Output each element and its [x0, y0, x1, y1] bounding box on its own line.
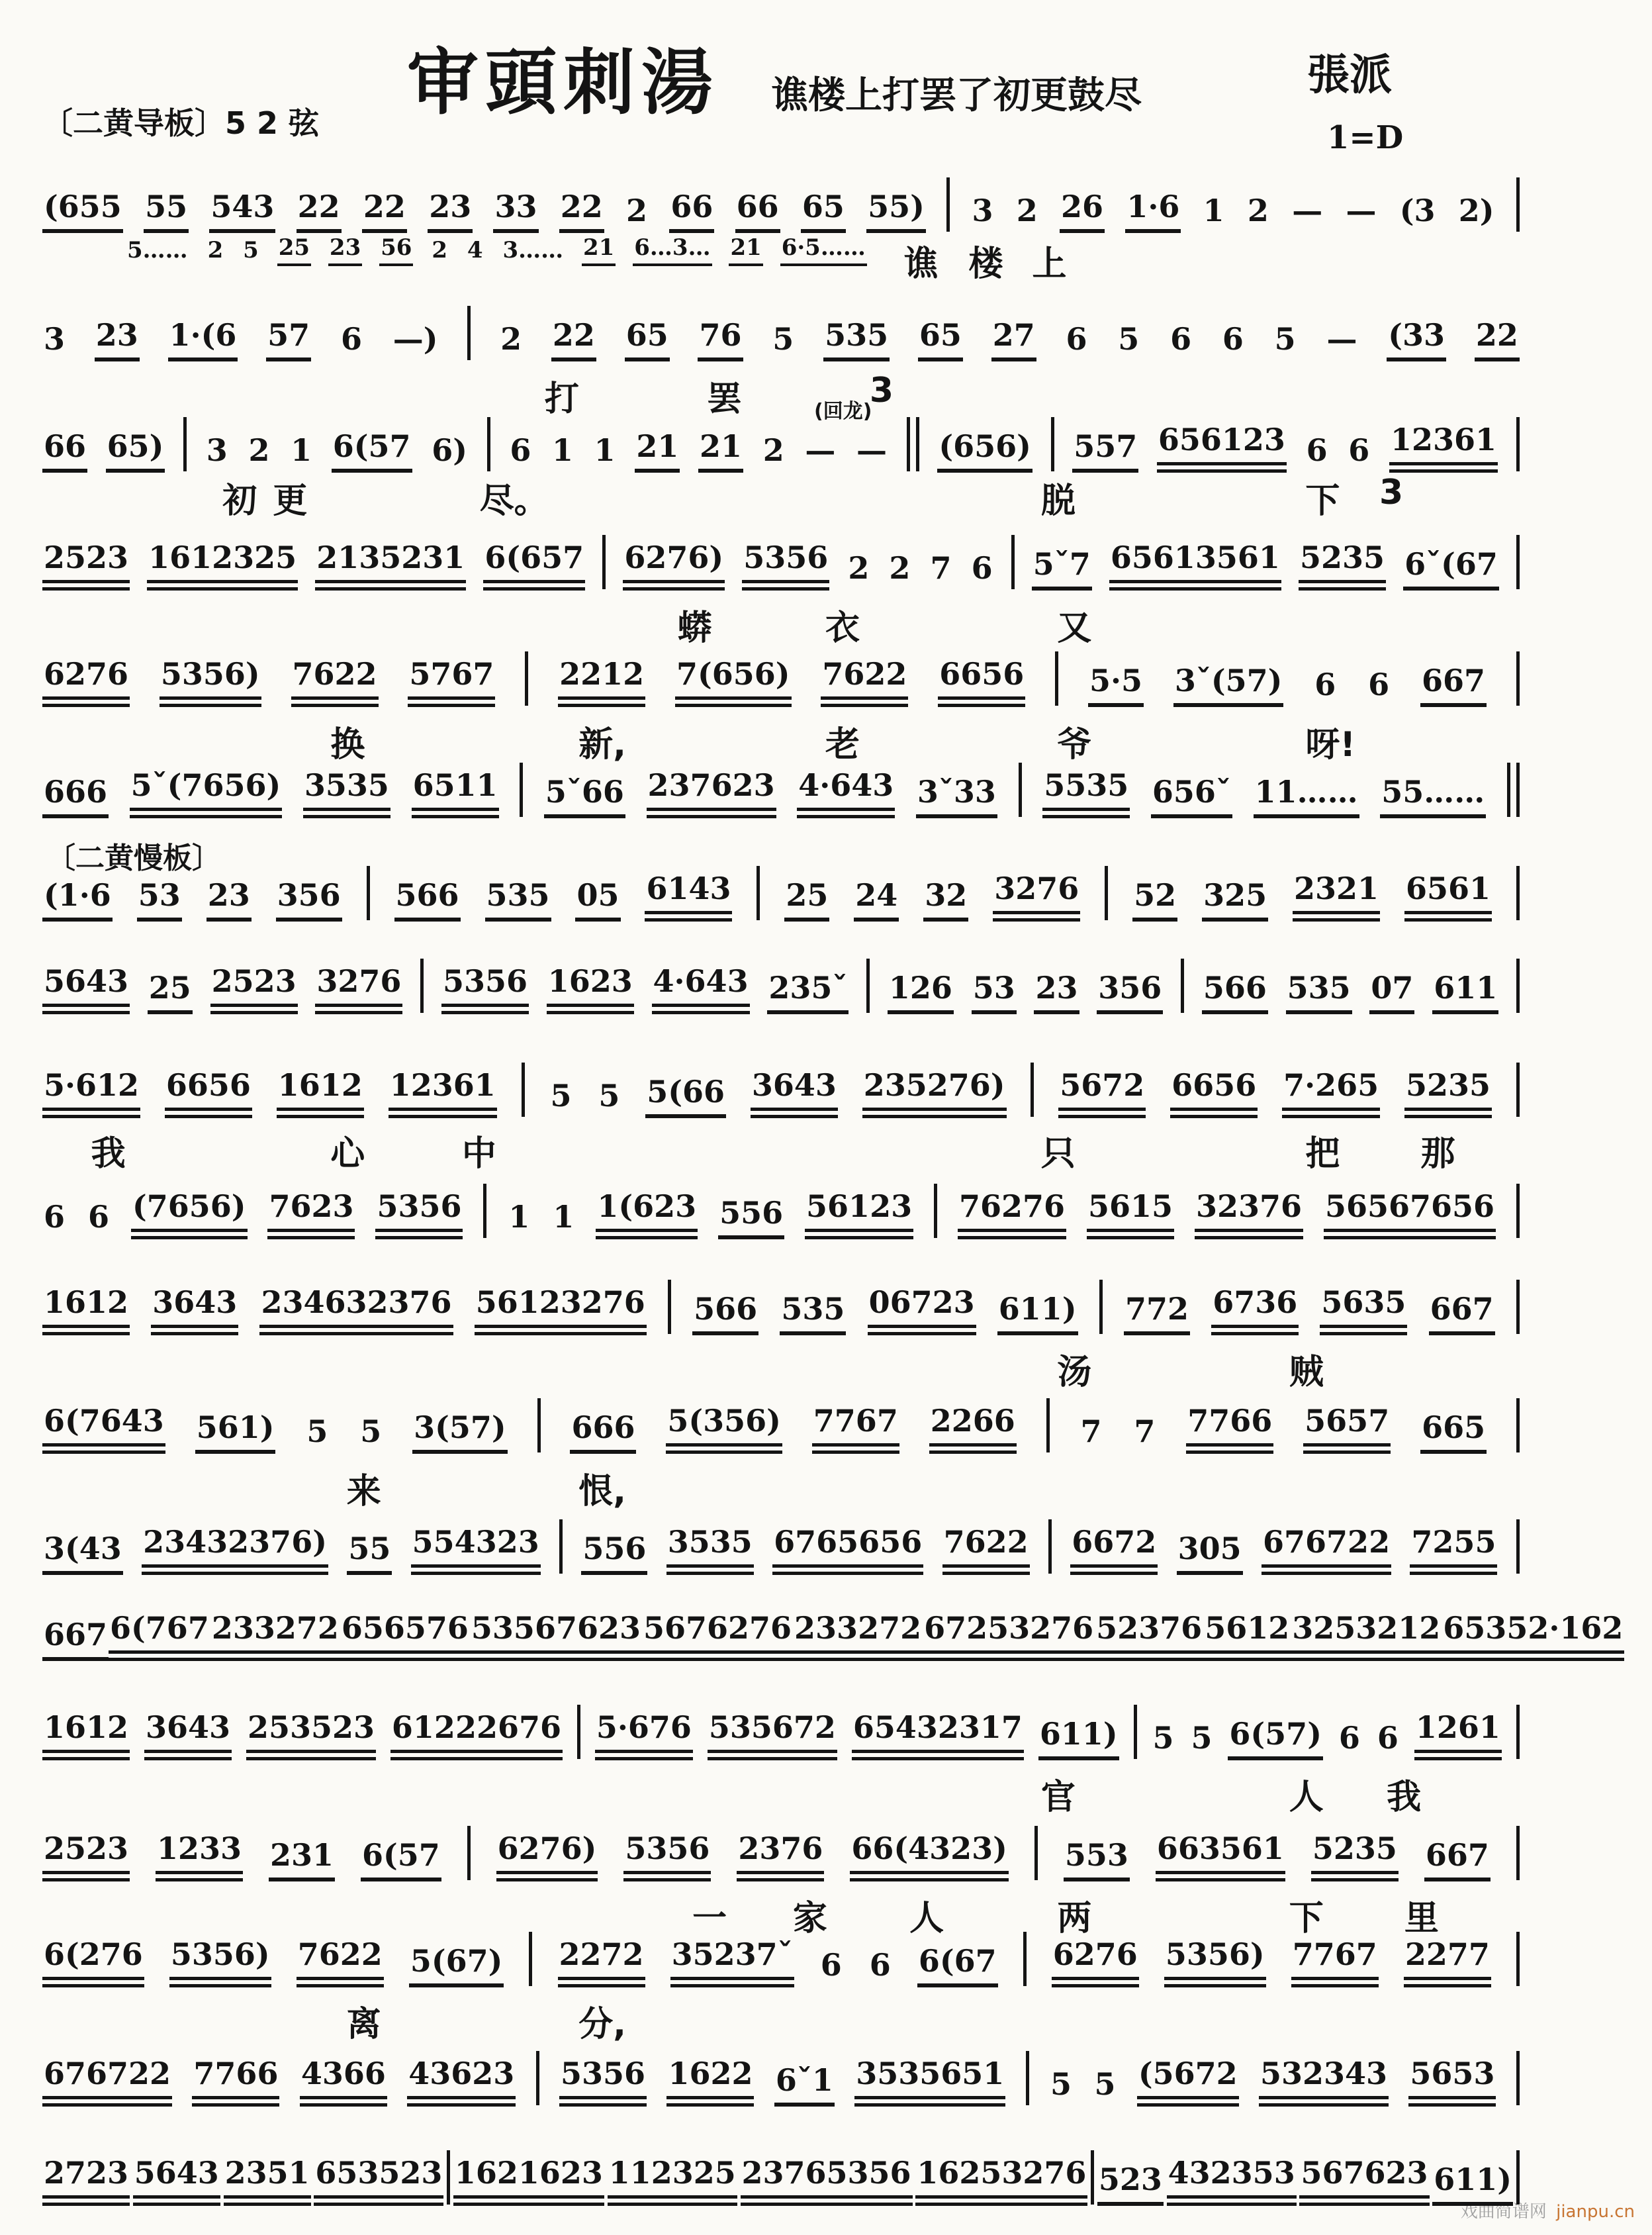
- note-group: 25: [784, 879, 829, 922]
- barline: [367, 866, 370, 920]
- lyric-char: 上: [1032, 236, 1066, 285]
- note-group: 5: [1273, 322, 1297, 361]
- notation-line: 66(7656)76235356111(62355656123762765615…: [42, 1184, 1520, 1239]
- note-group: 3643: [751, 1069, 838, 1118]
- lyric-char: 汤: [1057, 1344, 1091, 1394]
- note-group: 6276: [1052, 1938, 1139, 1987]
- note-group: 231: [269, 1838, 335, 1881]
- note-group: 611: [1432, 971, 1498, 1014]
- note-group: 5·676: [595, 1711, 693, 1760]
- lyric-char: 来: [347, 1463, 381, 1513]
- lyric-char: 贼: [1289, 1344, 1324, 1394]
- notation-line: 6(2765356)76225(67)227235237ˇ666(6762765…: [42, 1932, 1520, 1987]
- barline: [934, 1184, 937, 1238]
- note-group: 23: [206, 879, 252, 922]
- notation-line: 56432525233276535616234·643235ˇ126532335…: [42, 959, 1520, 1014]
- lyric-char: 中: [462, 1125, 496, 1175]
- note-group: 16253276: [915, 2156, 1087, 2206]
- barline: [1516, 1184, 1520, 1238]
- note-group: 2212: [558, 657, 645, 707]
- lyric-char: 谯: [903, 236, 938, 285]
- lyrics-line: 我心中只把那: [42, 1125, 1520, 1172]
- note-group: 6: [1064, 322, 1088, 361]
- note-group: 65: [918, 318, 963, 361]
- key-signature: 1=D: [1327, 119, 1403, 156]
- note-group: 2272: [558, 1938, 645, 1987]
- note-group: 2723: [42, 2156, 130, 2206]
- note-group: 556: [581, 1532, 647, 1575]
- note-group: 5·5: [1088, 664, 1144, 707]
- note-group: 4·643: [652, 965, 750, 1014]
- note-group: 5676276: [642, 1611, 793, 1661]
- note-group: 5(66: [645, 1075, 726, 1118]
- note-group: 666: [42, 775, 109, 818]
- note-group: —): [392, 322, 439, 361]
- note-group: 21: [698, 430, 743, 473]
- barline: [1516, 866, 1520, 920]
- note-group: 65): [106, 430, 165, 473]
- note-group: 67253276: [923, 1611, 1095, 1661]
- lyric-char: 爷: [1057, 716, 1091, 766]
- note-group: 566: [394, 879, 461, 922]
- note-group: 6276): [496, 1832, 598, 1881]
- note-group: 23: [428, 190, 473, 233]
- note-group: 55……: [1380, 775, 1486, 818]
- note-group: 2135231: [315, 541, 466, 591]
- note-group: 6: [1313, 668, 1337, 707]
- lyric-char: 蟒: [678, 600, 712, 649]
- notation-line: (655555432222233322266666555)32261·612——…: [42, 177, 1520, 233]
- barline: [537, 1398, 541, 1452]
- notation-line: 6767227766436643623535616226ˇ1353565155(…: [42, 2051, 1520, 2107]
- note-group: 554323: [411, 1525, 541, 1575]
- note-group: 676722: [42, 2057, 172, 2107]
- notation-line: 16123643253523612226765·6765356726543231…: [42, 1705, 1520, 1760]
- note-group: 7622: [297, 1938, 384, 1987]
- barline: [1516, 535, 1520, 589]
- mode-label: 〔二黄导板〕5 2 弦: [42, 99, 319, 143]
- note-group: 21: [635, 430, 680, 473]
- note-group: 32376: [1195, 1190, 1303, 1239]
- note-group: 356: [1097, 971, 1163, 1014]
- note-group: 7766: [1186, 1404, 1273, 1454]
- lyric-char: 恨,: [578, 1463, 626, 1513]
- note-group: 356: [276, 879, 342, 922]
- note-group: 23432376): [142, 1525, 328, 1575]
- note-group: 7766: [192, 2057, 279, 2107]
- note-group: 667: [42, 1618, 109, 1661]
- note-group: (33: [1387, 318, 1446, 361]
- barline: [183, 417, 187, 471]
- notation-line: 3231·(6576—)22265765535652765665—(3322: [42, 306, 1520, 361]
- note-group: 656ˇ: [1151, 775, 1232, 818]
- note-group: 566: [1202, 971, 1268, 1014]
- note-group: —: [1291, 194, 1324, 233]
- note-group: 3: [205, 434, 229, 473]
- note-group: 6ˇ1: [774, 2064, 835, 2107]
- note-group: 611): [997, 1292, 1078, 1335]
- note-group: 663561: [1156, 1832, 1285, 1881]
- barline: [1516, 2051, 1520, 2105]
- note-group: 65: [625, 318, 670, 361]
- note-group: 1: [551, 1200, 575, 1239]
- note-group: 35237ˇ: [670, 1938, 794, 1987]
- barline: [447, 2150, 450, 2205]
- note-group: 76: [698, 318, 743, 361]
- note-group: 7622: [942, 1525, 1030, 1575]
- note-group: 5: [549, 1079, 573, 1118]
- note-group: 22: [1475, 318, 1520, 361]
- score-page: 〔二黄导板〕5 2 弦 审頭刺湯 谯楼上打罢了初更鼓尽 張派 1=D 戏曲简谱网…: [0, 0, 1652, 2235]
- note-group: 56123: [805, 1190, 913, 1239]
- note-group: 6: [1338, 1721, 1361, 1760]
- note-group: 23765356: [741, 2156, 913, 2206]
- lyrics-line: 官人我: [42, 1769, 1520, 1815]
- note-group: 6672: [1070, 1525, 1158, 1575]
- note-group: 7255: [1410, 1525, 1497, 1575]
- note-group: 5: [1117, 322, 1140, 361]
- note-group: 6(57: [332, 430, 412, 473]
- note-group: —: [855, 434, 888, 473]
- note-group: (7656): [131, 1190, 248, 1239]
- barline: [1048, 1519, 1052, 1574]
- lyric-char: 脱: [1041, 473, 1076, 522]
- barline: [536, 2051, 539, 2105]
- note-group: 7(656): [675, 657, 792, 707]
- note-group: 1: [551, 434, 574, 473]
- note-group: 5356: [375, 1190, 463, 1239]
- note-group: 5767: [408, 657, 495, 707]
- note-group: 5356: [441, 965, 529, 1014]
- lyric-char: 人: [1289, 1769, 1324, 1819]
- lyrics-line: 谯楼上: [42, 236, 1520, 282]
- barline: [602, 535, 606, 589]
- note-group: 432353: [1167, 2156, 1297, 2206]
- barline: [467, 1826, 471, 1880]
- lyric-char: 我: [1387, 1769, 1421, 1819]
- note-group: —: [803, 434, 837, 473]
- lyric-char: 那: [1420, 1125, 1455, 1175]
- barline: [1105, 866, 1108, 920]
- note-group: 6656: [1170, 1069, 1258, 1118]
- note-group: 6: [1376, 1721, 1400, 1760]
- lyric-char: 老: [825, 716, 860, 766]
- note-group: 55: [347, 1532, 392, 1575]
- lyrics-line: 来恨,: [42, 1463, 1520, 1509]
- lyric-char: 官: [1041, 1769, 1076, 1819]
- note-group: 772: [1124, 1292, 1190, 1335]
- barline: [1023, 1932, 1027, 1986]
- note-group: 5: [305, 1415, 329, 1454]
- note-group: 4·643: [797, 769, 895, 818]
- note-group: 6276): [623, 541, 725, 591]
- note-group: 76276: [958, 1190, 1066, 1239]
- lyric-char: 衣: [825, 600, 860, 649]
- note-group: 611): [1432, 2163, 1513, 2206]
- note-group: 6: [87, 1200, 111, 1239]
- note-group: 2: [847, 551, 870, 591]
- notation-line: 62765356)7622576722127(656)762266565·53ˇ…: [42, 651, 1520, 707]
- barline: [1134, 1705, 1137, 1759]
- note-group: 5356: [623, 1832, 711, 1881]
- note-group: 4366: [300, 2057, 387, 2107]
- barline: [1031, 1063, 1034, 1117]
- note-group: 7: [1132, 1415, 1156, 1454]
- note-group: 7622: [821, 657, 908, 707]
- note-group: 12361: [1389, 423, 1498, 473]
- note-group: 5: [771, 322, 795, 361]
- lyric-char: 分,: [578, 1996, 626, 2046]
- note-group: 1622: [666, 2057, 754, 2107]
- note-group: 3(57): [412, 1411, 508, 1454]
- note-group: 235ˇ: [767, 971, 849, 1014]
- barline: [1516, 417, 1520, 471]
- note-group: 667: [1429, 1292, 1495, 1335]
- note-group: 6736: [1211, 1286, 1299, 1335]
- note-group: 1261: [1414, 1711, 1502, 1760]
- note-group: 3253212: [1291, 1611, 1442, 1661]
- note-group: 6143: [645, 872, 732, 922]
- note-group: 1612: [277, 1069, 364, 1118]
- note-group: 5ˇ66: [544, 775, 625, 818]
- note-group: 1(623: [596, 1190, 698, 1239]
- note-group: 23: [1034, 971, 1079, 1014]
- note-group: 2376: [737, 1832, 824, 1881]
- note-group: 65432317: [852, 1711, 1024, 1760]
- note-group: 65352·162: [1442, 1611, 1624, 1661]
- notation-line: 6665)3216(576)61121212——(656)55765612366…: [42, 417, 1520, 473]
- note-group: 3276: [993, 872, 1080, 922]
- note-group: 7·265: [1282, 1069, 1380, 1118]
- lyrics-line: 汤贼: [42, 1344, 1520, 1390]
- note-group: 6: [508, 434, 532, 473]
- note-group: 33: [493, 190, 538, 233]
- barline: [525, 651, 528, 706]
- notation-line: 2723564323516535231621623112325237653561…: [42, 2150, 1520, 2206]
- note-group: 556: [718, 1196, 784, 1239]
- note-group: 6: [868, 1948, 892, 1987]
- note-group: 7767: [1291, 1938, 1379, 1987]
- note-group: 61222676: [390, 1711, 563, 1760]
- note-group: 52: [1132, 879, 1177, 922]
- barline: [1516, 1398, 1520, 1452]
- note-group: 2: [1015, 194, 1039, 233]
- barline: [1516, 177, 1520, 232]
- lyrics-line: 离分,: [42, 1996, 1520, 2042]
- note-group: 5356): [160, 657, 261, 707]
- note-group: 56567656: [1324, 1190, 1496, 1239]
- barline: [1516, 959, 1520, 1013]
- lyric-char: 更: [273, 473, 307, 522]
- barline: [487, 417, 490, 471]
- lyric-char: 离: [347, 1996, 381, 2046]
- note-group: 2523: [210, 965, 298, 1014]
- note-group: 2266: [929, 1404, 1017, 1454]
- note-group: 65: [801, 190, 846, 233]
- note-group: 676722: [1262, 1525, 1391, 1575]
- note-group: 5356: [742, 541, 829, 591]
- note-group: 66(4323): [850, 1832, 1009, 1881]
- note-group: 1·6: [1125, 190, 1181, 233]
- lyric-char: 只: [1041, 1125, 1076, 1175]
- note-group: 126: [888, 971, 954, 1014]
- note-group: 53567623: [470, 1611, 642, 1661]
- barline: [1055, 651, 1058, 706]
- note-group: 2351: [224, 2156, 311, 2206]
- barline: [529, 1932, 532, 1986]
- note-group: 66: [669, 190, 714, 233]
- note-group: 566: [692, 1292, 758, 1335]
- note-group: 3ˇ(57): [1173, 664, 1284, 707]
- notation-line: 6676(76723327265657653567623567627623327…: [42, 1605, 1520, 1661]
- note-group: 5235: [1311, 1832, 1399, 1881]
- note-group: 6561: [1404, 872, 1492, 922]
- notation-line: 6665ˇ(7656)353565115ˇ662376234·6433ˇ3355…: [42, 763, 1520, 818]
- note-group: 26: [1060, 190, 1105, 233]
- note-group: 6: [1367, 668, 1391, 707]
- note-group: 2): [1457, 194, 1496, 233]
- note-group: 543: [209, 190, 275, 233]
- note-group: 656123: [1157, 423, 1287, 473]
- note-group: 2: [625, 194, 649, 233]
- note-group: 6(276: [42, 1938, 144, 1987]
- note-group: 3535651: [854, 2057, 1005, 2107]
- note-group: 665: [1420, 1411, 1487, 1454]
- barline: [1051, 417, 1054, 471]
- note-group: 3535: [666, 1525, 754, 1575]
- barline: [1011, 535, 1015, 589]
- note-group: 5657: [1303, 1404, 1391, 1454]
- note-group: 5356): [169, 1938, 271, 1987]
- note-group: 1·(6: [168, 318, 238, 361]
- note-group: 553: [1064, 1838, 1130, 1881]
- lyrics-line: 换新,老爷呀!: [42, 716, 1520, 763]
- note-group: 233272: [210, 1611, 340, 1661]
- barline: [1091, 2150, 1094, 2205]
- notation-line: 252312332316(576276)5356237666(4323)5536…: [42, 1826, 1520, 1881]
- school-label: 張派: [1307, 41, 1392, 102]
- note-group: 561): [195, 1411, 276, 1454]
- note-group: 57: [266, 318, 311, 361]
- note-group: 32: [923, 879, 968, 922]
- note-group: 1: [593, 434, 617, 473]
- page-title: 审頭刺湯: [407, 25, 719, 128]
- note-group: 5: [1093, 2068, 1117, 2107]
- note-group: 05: [575, 879, 620, 922]
- note-group: 1621623: [453, 2156, 604, 2206]
- notation-line: 2523161232521352316(6576276)535622765ˇ76…: [42, 535, 1520, 591]
- note-group: 234632376: [259, 1286, 453, 1335]
- note-group: 2: [888, 551, 911, 591]
- lyric-char: 呀!: [1305, 716, 1355, 766]
- lyric-char: 罢: [707, 371, 741, 420]
- note-group: 233272: [793, 1611, 923, 1661]
- note-group: 523: [1097, 2163, 1164, 2206]
- note-group: 5ˇ(7656): [130, 769, 283, 818]
- barline: [467, 306, 471, 360]
- note-group: 2: [762, 434, 786, 473]
- barline: [1516, 651, 1520, 706]
- note-group: 53: [137, 879, 182, 922]
- note-group: 1612: [42, 1286, 130, 1335]
- lyric-char: 新,: [578, 716, 626, 766]
- note-group: 6: [1169, 322, 1193, 361]
- notation-line: 5·6126656161212361555(663643235276)56726…: [42, 1063, 1520, 1118]
- note-group: 5235: [1404, 1069, 1492, 1118]
- note-group: 22: [297, 190, 342, 233]
- note-group: 2277: [1404, 1938, 1491, 1987]
- barline: [668, 1280, 671, 1334]
- lyric-char: 3: [870, 371, 894, 410]
- note-group: 27: [991, 318, 1036, 361]
- note-group: 535: [823, 318, 890, 361]
- note-group: 6656: [165, 1069, 252, 1118]
- aria-first-line: 谯楼上打罢了初更鼓尽: [771, 66, 1142, 119]
- notation-line: 161236432346323765612327656653506723611)…: [42, 1280, 1520, 1335]
- lyric-char: 把: [1305, 1125, 1340, 1175]
- note-group: 12361: [389, 1069, 497, 1118]
- note-group: 3: [42, 322, 66, 361]
- note-group: 6: [970, 551, 994, 591]
- note-group: —: [1344, 194, 1377, 233]
- barline: [1516, 1063, 1520, 1117]
- barline: [866, 959, 870, 1013]
- note-group: 5643: [42, 965, 130, 1014]
- barline: [420, 959, 424, 1013]
- barline: [1516, 1705, 1520, 1759]
- lyric-char: 3: [1379, 473, 1403, 512]
- note-group: 5535: [1042, 769, 1130, 818]
- note-group: (5672: [1137, 2057, 1239, 2107]
- barline: [1516, 1280, 1520, 1334]
- barline: [522, 1063, 525, 1117]
- barline: [946, 177, 950, 232]
- note-group: 06723: [868, 1286, 976, 1335]
- note-group: 325: [1202, 879, 1268, 922]
- notation-line: 3(4323432376)555543235563535676565676226…: [42, 1519, 1520, 1575]
- note-group: 6: [1347, 434, 1371, 473]
- note-group: 1: [507, 1200, 531, 1239]
- note-group: 5643: [133, 2156, 220, 2206]
- lyrics-line: 初更尽。脱下3: [42, 473, 1520, 519]
- note-group: 55: [144, 190, 189, 233]
- note-group: 1612: [42, 1711, 130, 1760]
- note-group: 5: [597, 1079, 621, 1118]
- lyric-char: 又: [1057, 600, 1091, 649]
- note-group: 535: [1286, 971, 1352, 1014]
- note-group: 65613561: [1109, 541, 1281, 591]
- note-group: 66: [735, 190, 780, 233]
- note-group: 7623: [267, 1190, 355, 1239]
- note-group: 5356): [1164, 1938, 1266, 1987]
- note-group: 25: [148, 971, 193, 1014]
- note-group: 535672: [708, 1711, 837, 1760]
- lyric-char: 尽。: [480, 473, 549, 522]
- note-group: (655: [42, 190, 123, 233]
- note-group: 5ˇ7: [1032, 547, 1092, 591]
- note-group: 52376: [1095, 1611, 1203, 1661]
- note-group: 24: [854, 879, 899, 922]
- lyrics-line: 蟒衣又: [42, 600, 1520, 646]
- note-group: 43623: [407, 2057, 516, 2107]
- barline: [1019, 763, 1022, 817]
- note-group: 3535: [303, 769, 390, 818]
- note-group: 6656: [938, 657, 1025, 707]
- note-group: 253523: [246, 1711, 376, 1760]
- note-group: 2523: [42, 1832, 130, 1881]
- barline: [1046, 1398, 1050, 1452]
- lyric-char: 楼: [968, 236, 1003, 285]
